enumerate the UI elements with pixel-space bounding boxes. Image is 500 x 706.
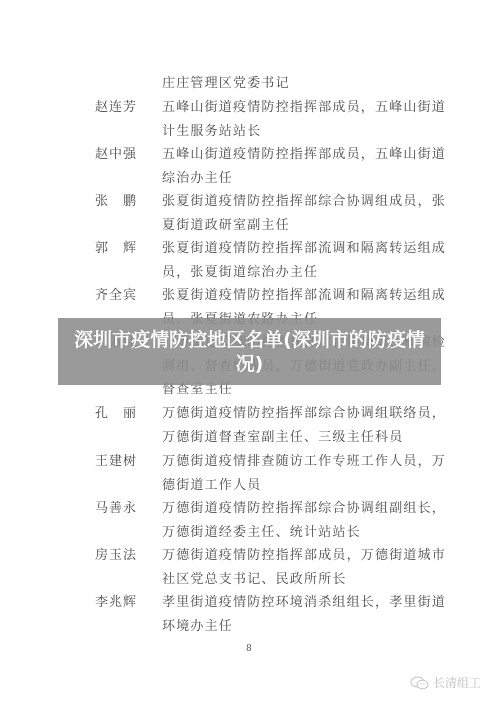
entry-description-line: 万德街道疫情排查随访工作专班工作人员，万 bbox=[162, 454, 446, 470]
entry-description-line: 万德街道疫情防控指挥部综合协调组副组长， bbox=[162, 501, 446, 517]
entry-description-line: 社区党总支书记、民政所所长 bbox=[162, 572, 347, 588]
entry-description-line: 万德街道督查室副主任、三级主任科员 bbox=[162, 430, 403, 446]
entry-description-line: 五峰山街道疫情防控指挥部成员，五峰山街道 bbox=[162, 100, 446, 116]
entry-name: 孔 丽 bbox=[95, 406, 137, 422]
entry-description-line: 张夏街道疫情防控指挥部流调和隔离转运组成 bbox=[162, 241, 446, 257]
entry-name: 赵连芳 bbox=[95, 100, 137, 116]
document-page: 庄庄管理区党委书记 赵连芳 五峰山街道疫情防控指挥部成员，五峰山街道 计生服务站… bbox=[0, 0, 500, 706]
page-number: 8 bbox=[246, 644, 252, 654]
watermark-text: 长清组工 bbox=[433, 674, 481, 691]
title-banner: 深圳市疫情防控地区名单(深圳市的防疫情况) bbox=[58, 318, 441, 385]
entry-description-line: 综治办主任 bbox=[162, 171, 233, 187]
entry-description-line: 五峰山街道疫情防控指挥部成员，五峰山街道 bbox=[162, 147, 446, 163]
entry-name: 马善永 bbox=[95, 501, 137, 517]
watermark: 长清组工 bbox=[410, 674, 481, 691]
entry-description-line: 张夏街道疫情防控指挥部综合协调组成员，张 bbox=[162, 194, 446, 210]
entry-description-line: 夏街道政研室副主任 bbox=[162, 218, 290, 234]
entry-name: 赵中强 bbox=[95, 147, 137, 163]
entry-description-line: 孝里街道疫情防控环境消杀组组长，孝里街道 bbox=[162, 595, 446, 611]
entry-name: 郭 辉 bbox=[95, 241, 137, 257]
entry-name: 李兆辉 bbox=[95, 595, 137, 611]
entry-description-line: 计生服务站站长 bbox=[162, 124, 261, 140]
banner-title: 深圳市疫情防控地区名单(深圳市的防疫情况) bbox=[70, 328, 430, 376]
entry-description-line: 庄庄管理区党委书记 bbox=[162, 76, 290, 92]
entry-description-line: 张夏街道疫情防控指挥部流调和隔离转运组成 bbox=[162, 288, 446, 304]
entry-description-line: 员，张夏街道综治办主任 bbox=[162, 265, 318, 281]
entry-description-line: 万德街道疫情防控指挥部成员，万德街道城市 bbox=[162, 548, 446, 564]
entry-name: 房玉法 bbox=[95, 548, 137, 564]
entry-description-line: 万德街道经委主任、统计站站长 bbox=[162, 525, 361, 541]
entry-name: 齐全宾 bbox=[95, 288, 137, 304]
entry-name: 王建树 bbox=[95, 454, 137, 470]
entry-name: 张 鹏 bbox=[95, 194, 137, 210]
entry-description-line: 德街道工作人员 bbox=[162, 478, 261, 494]
entry-description-line: 环境办主任 bbox=[162, 619, 233, 635]
wechat-icon bbox=[410, 676, 430, 690]
entry-description-line: 万德街道疫情防控指挥部综合协调组联络员， bbox=[162, 406, 446, 422]
